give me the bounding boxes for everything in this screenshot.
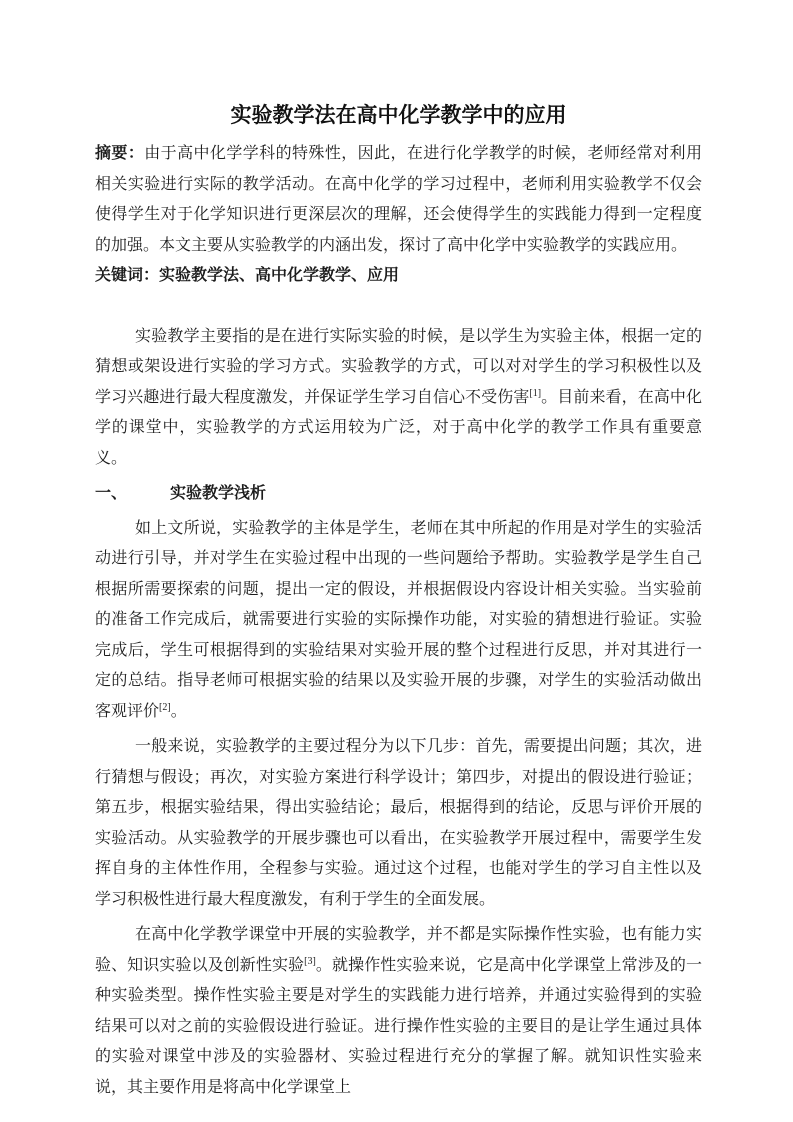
section-1-paragraph-1-text-cont: 。 [171, 703, 187, 720]
intro-paragraph: 实验教学主要指的是在进行实际实验的时候，是以学生为实验主体，根据一定的猜想或架设… [95, 322, 702, 475]
footnote-ref-2: [2] [159, 702, 171, 713]
footnote-ref-3: [3] [304, 956, 316, 967]
abstract-paragraph: 摘要：由于高中化学学科的特殊性，因此，在进行化学教学的时候，老师经常对利用相关实… [95, 139, 702, 261]
footnote-ref-1: [1] [529, 388, 541, 399]
section-1-heading: 一、实验教学浅析 [95, 479, 702, 510]
keywords-text: 实验教学法、高中化学教学、应用 [159, 267, 399, 284]
section-1-paragraph-2-text: 一般来说，实验教学的主要过程分为以下几步：首先，需要提出问题；其次，进行猜想与假… [95, 738, 702, 908]
keywords-line: 关键词：实验教学法、高中化学教学、应用 [95, 261, 702, 292]
abstract-text: 由于高中化学学科的特殊性，因此，在进行化学教学的时候，老师经常对利用相关实验进行… [95, 145, 702, 254]
section-1-paragraph-2: 一般来说，实验教学的主要过程分为以下几步：首先，需要提出问题；其次，进行猜想与假… [95, 732, 702, 915]
section-1-title: 实验教学浅析 [170, 485, 266, 502]
section-1-paragraph-3-text-cont: 。就操作性实验来说，它是高中化学课堂上常涉及的一种实验类型。操作性实验主要是对学… [95, 957, 702, 1096]
page-title: 实验教学法在高中化学教学中的应用 [95, 102, 702, 129]
section-1-number: 一、 [95, 479, 170, 510]
document-page: 实验教学法在高中化学教学中的应用 摘要：由于高中化学学科的特殊性，因此，在进行化… [0, 0, 793, 1122]
keywords-label: 关键词： [95, 267, 159, 284]
section-1-paragraph-1-text: 如上文所说，实验教学的主体是学生，老师在其中所起的作用是对学生的实验活动进行引导… [95, 520, 702, 720]
abstract-label: 摘要： [95, 145, 144, 162]
section-1-paragraph-1: 如上文所说，实验教学的主体是学生，老师在其中所起的作用是对学生的实验活动进行引导… [95, 514, 702, 728]
document-content: 实验教学法在高中化学教学中的应用 摘要：由于高中化学学科的特殊性，因此，在进行化… [95, 102, 702, 1108]
section-1-paragraph-3: 在高中化学教学课堂中开展的实验教学，并不都是实际操作性实验，也有能力实验、知识实… [95, 920, 702, 1103]
